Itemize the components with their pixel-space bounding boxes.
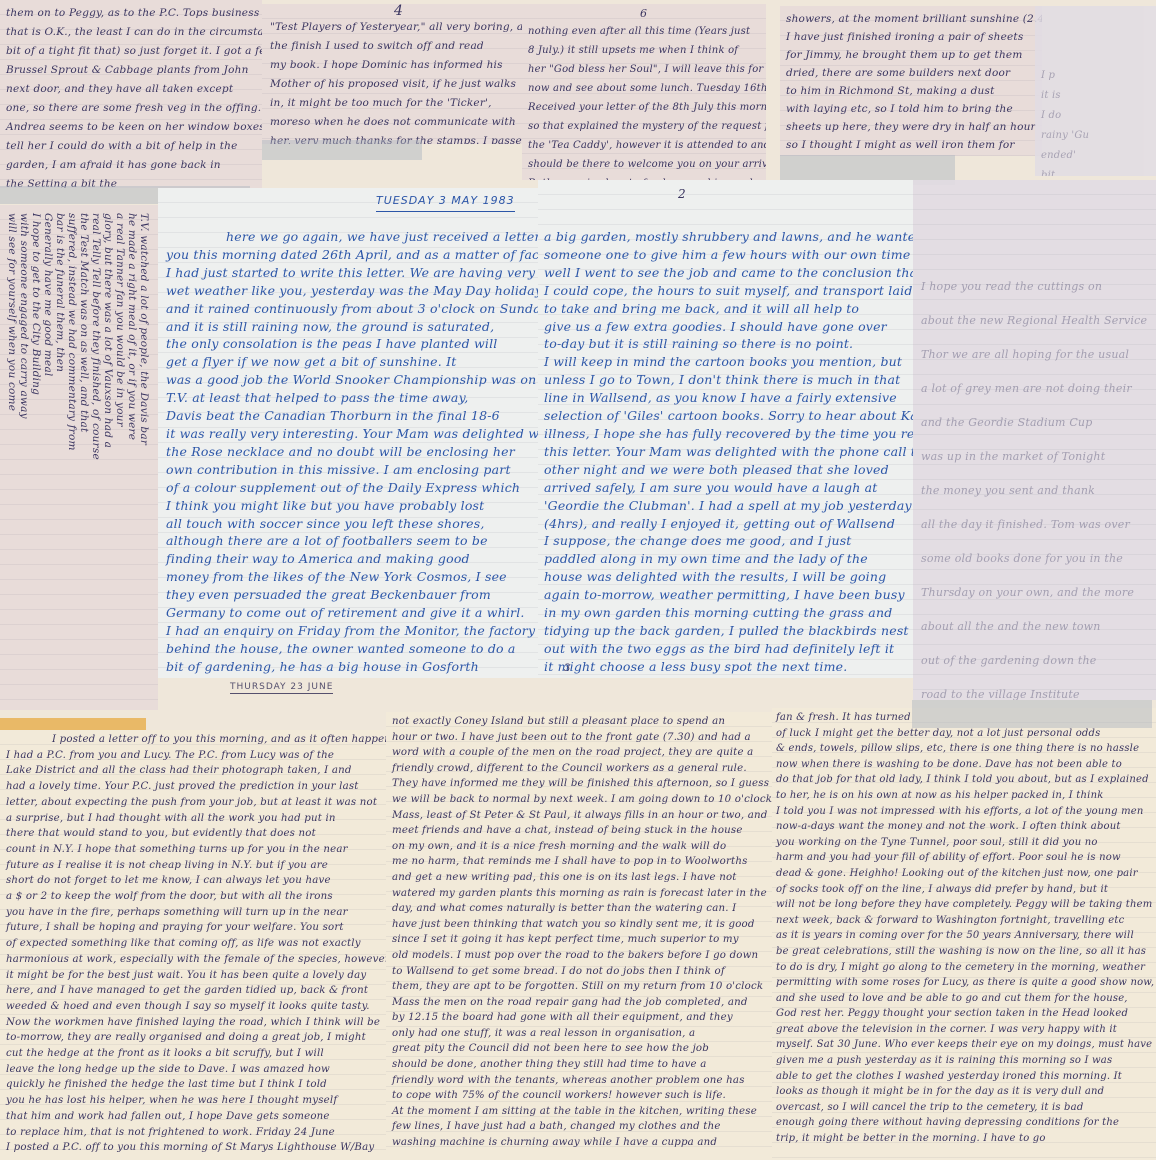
text-line: garden, I am afraid it has gone back in <box>6 156 256 175</box>
text-line: it was really very interesting. Your Mam… <box>166 425 532 443</box>
text-line: that him and work had fallen out, I hope… <box>6 1109 382 1125</box>
text-line: & ends, towels, pillow slips, etc, there… <box>776 741 1152 757</box>
letter-date: TUESDAY 3 MAY 1983 <box>376 192 515 212</box>
text-line: I posted a letter off to you this mornin… <box>6 732 382 748</box>
text-line: weeded & hoed and even though I say so m… <box>6 999 382 1015</box>
letter-fragment-right-faded: I hope you read the cuttings on about th… <box>913 180 1156 700</box>
text-line: a lot of grey men are not doing their <box>921 372 1150 406</box>
text-line: now when there is washing to be done. Da… <box>776 757 1152 773</box>
text-line: I could cope, the hours to suit myself, … <box>544 282 907 300</box>
text-line: out with the two eggs as the bird had de… <box>544 640 907 658</box>
text-line: Lake District and all the class had thei… <box>6 763 382 779</box>
text-line: permitting with some roses for Lucy, as … <box>776 975 1152 991</box>
text-line: he made a right meal of it, or if you we… <box>126 213 138 708</box>
text-line: only had one stuff, it was a real lesson… <box>392 1026 768 1042</box>
text-line: trip, it might be better in the morning.… <box>776 1131 1152 1147</box>
text-line: and it rained continuously from about 3 … <box>166 300 532 318</box>
text-line: (4hrs), and really I enjoyed it, getting… <box>544 515 907 533</box>
text-line: fan & fresh. It has turned <box>776 710 1152 726</box>
text-line: now-a-days want the money and not the wo… <box>776 819 1152 835</box>
text-line: Mass the men on the road repair gang had… <box>392 995 768 1011</box>
text-line: behind the house, the owner wanted someo… <box>166 640 532 658</box>
text-line: so that explained the mystery of the req… <box>528 117 762 136</box>
text-line: Mother of his proposed visit, if he just… <box>270 75 518 94</box>
text-line: They have informed me they will be finis… <box>392 776 768 792</box>
translucent-sheet-top-right: I p it is I do rainy 'Gu ended' bit <box>1035 6 1156 176</box>
text-line: a big garden, mostly shrubbery and lawns… <box>544 228 907 246</box>
text-line: friendly crowd, different to the Council… <box>392 761 768 777</box>
text-line: God rest her. Peggy thought your section… <box>776 1006 1152 1022</box>
page-number: 4 <box>394 4 403 21</box>
page-number: 6 <box>640 4 647 23</box>
text-line: I will keep in mind the cartoon books yo… <box>544 353 907 371</box>
text-line: get a flyer if we now get a bit of sunsh… <box>166 353 532 371</box>
text-line: suffered, instead we had commentary from <box>66 213 78 708</box>
letter-fragment-top-right: showers, at the moment brilliant sunshin… <box>780 6 1042 156</box>
text-line: to-morrow, they are really organised and… <box>6 1030 382 1046</box>
text-line: me no harm, that reminds me I shall have… <box>392 854 768 870</box>
text-line: of socks took off on the line, I always … <box>776 882 1152 898</box>
text-line: in my own garden this morning cutting th… <box>544 604 907 622</box>
text-line: you working on the Tyne Tunnel, poor sou… <box>776 835 1152 851</box>
text-line: her, very much thanks for the stamps. I … <box>270 132 518 144</box>
text-line: Generally have me good meal <box>42 213 54 708</box>
text-line: 8 July.) it still upsets me when I think… <box>528 41 762 60</box>
text-line: not exactly Coney Island but still a ple… <box>392 714 768 730</box>
text-line: hour or two. I have just been out to the… <box>392 730 768 746</box>
text-line: some old books done for you in the <box>921 542 1150 576</box>
text-line: dead & gone. Heighho! Looking out of the… <box>776 866 1152 882</box>
text-line: unless I go to Town, I don't think there… <box>544 371 907 389</box>
text-line: Davis beat the Canadian Thorburn in the … <box>166 407 532 425</box>
text-line: Thor we are all hoping for the usual <box>921 338 1150 372</box>
text-line: Received your letter of the 8th July thi… <box>528 98 762 117</box>
text-line: finding their way to America and making … <box>166 550 532 568</box>
text-line: house was delighted with the results, I … <box>544 568 907 586</box>
text-line: should be done, another thing they still… <box>392 1057 768 1073</box>
letter-fragment-top-left: them on to Peggy, as to the P.C. Tops bu… <box>0 0 262 188</box>
text-line: day, and what comes naturally is better … <box>392 901 768 917</box>
text-line: with someone engaged to carry away <box>18 213 30 708</box>
text-line: letter, about expecting the push from yo… <box>6 795 382 811</box>
text-line: word with a couple of the men on the roa… <box>392 745 768 761</box>
text-line: count in N.Y. I hope that something turn… <box>6 842 382 858</box>
text-line: selection of 'Giles' cartoon books. Sorr… <box>544 407 907 425</box>
text-line: I told you I was not impressed with his … <box>776 804 1152 820</box>
text-line: for Jimmy, he brought them up to get the… <box>786 46 1036 64</box>
text-line: of expected something like that coming o… <box>6 936 382 952</box>
text-line: bit of a tight fit that) so just forget … <box>6 42 256 61</box>
text-line: road to the village Institute <box>921 678 1150 700</box>
text-line: here we go again, we have just received … <box>166 228 532 246</box>
text-line: and get a new writing pad, this one is o… <box>392 870 768 886</box>
collage-canvas: them on to Peggy, as to the P.C. Tops bu… <box>0 0 1156 1160</box>
text-line: old models. I must pop over the road to … <box>392 948 768 964</box>
text-line: I posted a P.C. off to you this morning … <box>6 1140 382 1156</box>
text-line: to her, he is on his own at now as his h… <box>776 788 1152 804</box>
text-line: and she used to love and be able to go a… <box>776 991 1152 1007</box>
text-line: line in Wallsend, as you know I have a f… <box>544 389 907 407</box>
text-line: here, and I have managed to get the gard… <box>6 983 382 999</box>
text-line: was up in the market of Tonight <box>921 440 1150 474</box>
text-line: tidying up the back garden, I pulled the… <box>544 622 907 640</box>
text-line: illness, I hope she has fully recovered … <box>544 425 907 443</box>
text-line: cut the hedge at the front as it looks a… <box>6 1046 382 1062</box>
text-line: to him in Richmond St, making a dust <box>786 82 1036 100</box>
text-line: Germany to come out of retirement and gi… <box>166 604 532 622</box>
text-line: tell her I could do with a bit of help i… <box>6 137 256 156</box>
letter-fragment-top-center-right: 6 nothing even after all this time (Year… <box>522 4 766 180</box>
text-line: I had an enquiry on Friday from the Moni… <box>166 622 532 640</box>
text-line: enough going there without having depres… <box>776 1115 1152 1131</box>
text-line: few lines, I have just had a bath, chang… <box>392 1119 768 1135</box>
text-line: all touch with soccer since you left the… <box>166 515 532 533</box>
text-line: you have in the fire, perhaps something … <box>6 905 382 921</box>
text-line: able to get the clothes I washed yesterd… <box>776 1069 1152 1085</box>
text-line: T.V. at least that helped to pass the ti… <box>166 389 532 407</box>
text-line: next week, back & forward to Washington … <box>776 913 1152 929</box>
text-fragment: I p <box>1041 66 1152 86</box>
text-line: someone one to give him a few hours with… <box>544 246 907 264</box>
text-line: one, so there are some fresh veg in the … <box>6 99 256 118</box>
text-fragment: I do <box>1041 106 1152 126</box>
text-line: washing machine is churning away while I… <box>392 1135 768 1151</box>
text-line: this letter. Your Mam was delighted with… <box>544 443 907 461</box>
text-line: a surprise, but I had thought with all t… <box>6 811 382 827</box>
yellow-tape-horizontal <box>0 718 146 730</box>
text-line: we will be back to normal by next week. … <box>392 792 768 808</box>
text-line: leave the long hedge up the side to Dave… <box>6 1062 382 1078</box>
letter-page-2-blue: 2 a big garden, mostly shrubbery and law… <box>538 180 913 678</box>
text-line: it might be for the best just wait. You … <box>6 968 382 984</box>
text-line: bar is the funeral them, then <box>54 213 66 708</box>
text-line: looks as though it might be in for the d… <box>776 1084 1152 1100</box>
text-line: I had just started to write this letter.… <box>166 264 532 282</box>
text-line: I suppose, the change does me good, and … <box>544 532 907 550</box>
text-line: was a good job the World Snooker Champio… <box>166 371 532 389</box>
text-line: the only consolation is the peas I have … <box>166 335 532 353</box>
text-line: I hope to get to the City Building <box>30 213 42 708</box>
text-line: the Rose necklace and no doubt will be e… <box>166 443 532 461</box>
text-line: to-day but it is still raining so there … <box>544 335 907 353</box>
text-line: quickly he finished the hedge the last t… <box>6 1077 382 1093</box>
text-line: to take and bring me back, and it will a… <box>544 300 907 318</box>
letter-fragment-top-center-left: 4 "Test Players of Yesteryear," all very… <box>262 4 524 144</box>
text-line: At the moment I am sitting at the table … <box>392 1104 768 1120</box>
text-line: out of the gardening down the <box>921 644 1150 678</box>
text-line: a $ or 2 to keep the wolf from the door,… <box>6 889 382 905</box>
letter-page-1-blue: TUESDAY 3 MAY 1983 here we go again, we … <box>158 188 538 678</box>
text-line: to cope with 75% of the council workers!… <box>392 1088 768 1104</box>
letter-date-thursday: THURSDAY 23 JUNE <box>230 682 333 694</box>
text-line: the Setting a bit the <box>6 175 256 188</box>
text-line: although there are a lot of footballers … <box>166 532 532 550</box>
text-line: they even persuaded the great Beckenbaue… <box>166 586 532 604</box>
text-line: friendly word with the tenants, whereas … <box>392 1073 768 1089</box>
text-line: great above the television in the corner… <box>776 1022 1152 1038</box>
text-line: them on to Peggy, as to the P.C. Tops bu… <box>6 4 256 23</box>
text-line: I think you might like but you have prob… <box>166 497 532 515</box>
text-line: had a lovely time. Your P.C. just proved… <box>6 779 382 795</box>
text-line: showers, at the moment brilliant sunshin… <box>786 10 1036 28</box>
text-line: Now the workmen have finished laying the… <box>6 1015 382 1031</box>
text-line: by 12.15 the board had gone with all the… <box>392 1010 768 1026</box>
text-line: money from the likes of the New York Cos… <box>166 568 532 586</box>
text-line: with laying etc, so I told him to bring … <box>786 100 1036 118</box>
text-line: you this morning dated 26th April, and a… <box>166 246 532 264</box>
text-line: well I went to see the job and came to t… <box>544 264 907 282</box>
text-line: since I set it going it has kept perfect… <box>392 932 768 948</box>
text-line: real Telly Tell before they finished, of… <box>90 213 102 708</box>
text-line: harmonious at work, especially with the … <box>6 952 382 968</box>
text-line: wet weather like you, yesterday was the … <box>166 282 532 300</box>
text-line: to replace him, that is not frightened t… <box>6 1125 382 1141</box>
text-line: moreso when he does not communicate with <box>270 113 518 132</box>
text-line: I had a P.C. from you and Lucy. The P.C.… <box>6 748 382 764</box>
text-line: about the new Regional Health Service <box>921 304 1150 338</box>
letter-fragment-bottom-left: I posted a letter off to you this mornin… <box>0 730 386 1160</box>
text-line: arrived safely, I am sure you would have… <box>544 479 907 497</box>
text-line: future as I realise it is not cheap livi… <box>6 858 382 874</box>
text-line: be great celebrations, still the washing… <box>776 944 1152 960</box>
text-line: in, it might be too much for the 'Ticker… <box>270 94 518 113</box>
text-line: sheets up here, they were dry in half an… <box>786 118 1036 136</box>
letter-fragment-bottom-right: fan & fresh. It has turned of luck I mig… <box>772 708 1156 1160</box>
text-line: myself. Sat 30 June. Who ever keeps thei… <box>776 1037 1152 1053</box>
text-line: meet friends and have a chat, instead of… <box>392 823 768 839</box>
text-line: a real Tanner fan you would be in your <box>114 213 126 708</box>
text-line: dried, there are some builders next door <box>786 64 1036 82</box>
text-line: Mass, least of St Peter & St Paul, it al… <box>392 808 768 824</box>
text-line: other night and we were both pleased tha… <box>544 461 907 479</box>
text-line: so I thought I might as well iron them f… <box>786 136 1036 154</box>
text-line: now and see about some lunch. Tuesday 16… <box>528 79 762 98</box>
text-line: on my own, and it is a nice fresh mornin… <box>392 839 768 855</box>
text-line: of a colour supplement out of the Daily … <box>166 479 532 497</box>
letter-fragment-bottom-center: not exactly Coney Island but still a ple… <box>386 712 772 1160</box>
text-line: the money you sent and thank <box>921 474 1150 508</box>
text-line: I hope you read the cuttings on <box>921 270 1150 304</box>
text-line: of luck I might get the better day, not … <box>776 726 1152 742</box>
letter-fragment-left-vertical: T.V. watched a lot of people, the Davis … <box>0 205 158 710</box>
text-line: to do is dry, I might go along to the ce… <box>776 960 1152 976</box>
text-line: should be there to welcome you on your a… <box>528 155 762 174</box>
text-line: bit of gardening, he has a big house in … <box>166 658 532 676</box>
text-line: Andrea seems to be keen on her window bo… <box>6 118 256 137</box>
text-line: as it is years in coming over for the 50… <box>776 928 1152 944</box>
text-line: you he has lost his helper, when he was … <box>6 1093 382 1109</box>
text-fragment: rainy 'Gu <box>1041 126 1152 146</box>
text-fragment: bit <box>1041 166 1152 176</box>
text-line: 'Geordie the Clubman'. I had a spell at … <box>544 497 907 515</box>
text-line: again to-morrow, weather permitting, I h… <box>544 586 907 604</box>
text-line: given me a push yesterday as it is raini… <box>776 1053 1152 1069</box>
text-line: that is O.K., the least I can do in the … <box>6 23 256 42</box>
text-line: watered my garden plants this morning as… <box>392 886 768 902</box>
text-line: my book. I hope Dominic has informed his <box>270 56 518 75</box>
text-line: will not be long before they have comple… <box>776 897 1152 913</box>
text-line: and it is still raining now, the ground … <box>166 318 532 336</box>
text-line: great pity the Council did not been here… <box>392 1041 768 1057</box>
text-line: own contribution in this missive. I am e… <box>166 461 532 479</box>
text-line: Thursday on your own, and the more <box>921 576 1150 610</box>
page-number: 2 <box>678 186 686 204</box>
text-line: do that job for that old lady, I think I… <box>776 772 1152 788</box>
text-line: it might choose a less busy spot the nex… <box>544 658 907 676</box>
text-line: harm and you had your fill of ability of… <box>776 850 1152 866</box>
page-number: 3 <box>564 660 571 678</box>
text-line: about all the and the new town <box>921 610 1150 644</box>
text-line: next door, and they have all taken excep… <box>6 80 256 99</box>
text-fragment: it is <box>1041 86 1152 106</box>
text-line: the finish I used to switch off and read <box>270 37 518 56</box>
text-line: the Test Match was on as well, and that <box>78 213 90 708</box>
text-line: T.V. watched a lot of people, the Davis … <box>138 213 150 708</box>
text-line: the 'Tea Caddy', however it is attended … <box>528 136 762 155</box>
text-line: nothing even after all this time (Years … <box>528 22 762 41</box>
text-line: overcast, so I will cancel the trip to t… <box>776 1100 1152 1116</box>
text-line: will see for yourself when you come <box>6 213 18 708</box>
text-line: glory, but there was a lot of Vauxson ha… <box>102 213 114 708</box>
text-line: there that would stand to you, but evide… <box>6 826 382 842</box>
text-line: her "God bless her Soul", I will leave t… <box>528 60 762 79</box>
text-line: short do not forget to let me know, I ca… <box>6 873 382 889</box>
text-line: and the Geordie Stadium Cup <box>921 406 1150 440</box>
text-line: I have just finished ironing a pair of s… <box>786 28 1036 46</box>
text-line: all the day it finished. Tom was over <box>921 508 1150 542</box>
text-line: have just been thinking that watch you s… <box>392 917 768 933</box>
text-line: them, they are apt to be forgotten. Stil… <box>392 979 768 995</box>
text-line: give us a few extra goodies. I should ha… <box>544 318 907 336</box>
text-fragment: ended' <box>1041 146 1152 166</box>
text-line: Brussel Sprout & Cabbage plants from Joh… <box>6 61 256 80</box>
text-line: to Wallsend to get some bread. I do not … <box>392 964 768 980</box>
text-line: future, I shall be hoping and praying fo… <box>6 920 382 936</box>
text-line: paddled along in my own time and the lad… <box>544 550 907 568</box>
